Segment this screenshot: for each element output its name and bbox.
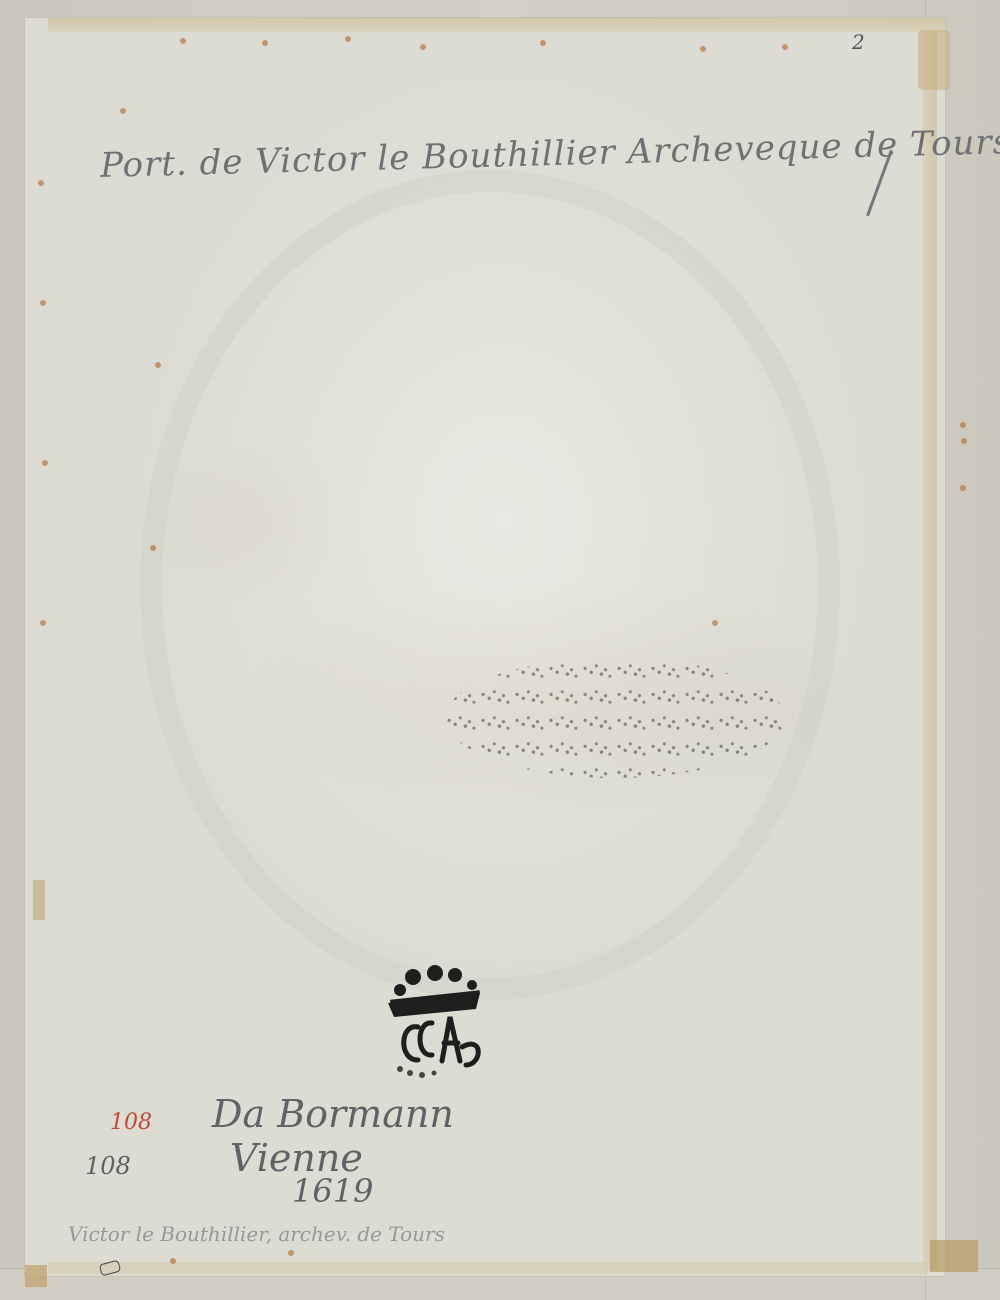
print-sheet-verso [25,18,945,1276]
foxing-spot [120,108,126,114]
foxing-spot [961,438,967,444]
hinge-tape-top [48,18,945,32]
inventory-number-red: 108 [110,1110,152,1135]
hinge-tape-bottom [48,1262,928,1274]
dealer-name-inscription: Da Bormann [212,1092,454,1136]
corner-stain-top-right [918,30,950,90]
inventory-number-pencil: 108 [85,1152,131,1180]
foxing-spot [40,300,46,306]
crowned-monogram-stamp-icon [380,965,490,1080]
tape-remnant-left [33,880,45,920]
foxing-spot [712,620,718,626]
foxing-spot [345,36,351,42]
foxing-spot [155,362,161,368]
foxing-spot [170,1258,176,1264]
foxing-spot [782,44,788,50]
page-number-inscription: 2 [852,30,865,54]
corner-stain-bottom-left [25,1265,47,1287]
dealer-year-inscription: 1619 [292,1172,373,1210]
faint-caption-inscription: Victor le Bouthillier, archev. de Tours [68,1222,445,1246]
foxing-spot [38,180,44,186]
foxing-spot [288,1250,294,1256]
foxing-spot [180,38,186,44]
foxing-mold-cluster [445,658,785,778]
foxing-spot [150,545,156,551]
plate-oval-showthrough [140,170,840,1000]
corner-stain-bottom-right [930,1240,978,1272]
foxing-spot [420,44,426,50]
hinge-tape-right [923,30,937,1270]
foxing-spot [42,460,48,466]
foxing-spot [540,40,546,46]
foxing-spot [700,46,706,52]
foxing-spot [960,422,966,428]
foxing-spot [960,485,966,491]
foxing-spot [262,40,268,46]
foxing-spot [40,620,46,626]
